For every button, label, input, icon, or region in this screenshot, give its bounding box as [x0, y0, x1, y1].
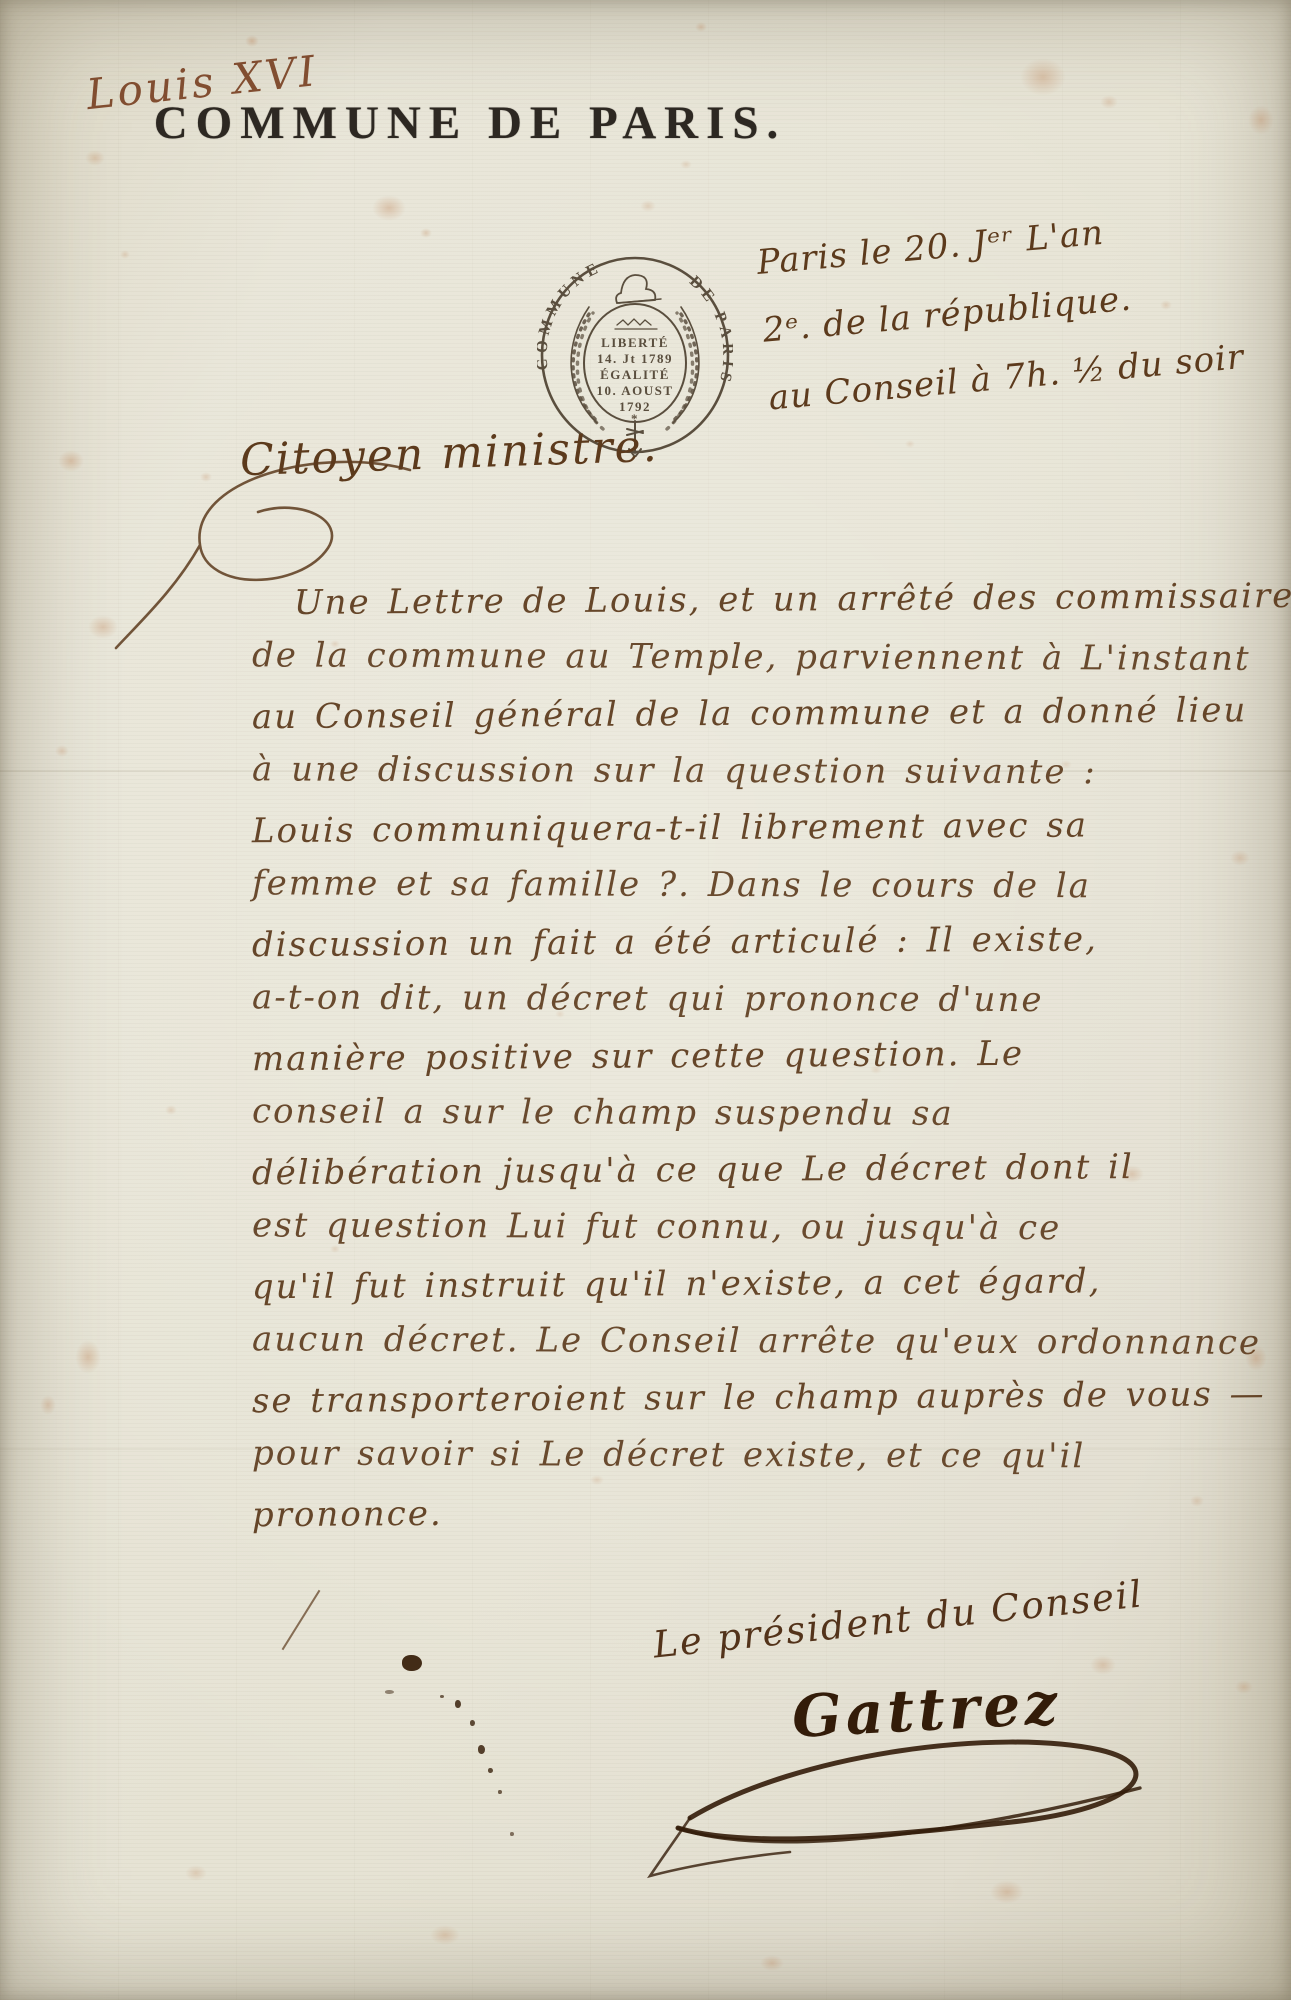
foxing-spot: [75, 1340, 101, 1374]
foxing-spot: [1100, 95, 1118, 109]
body-line: pour savoir si Le décret existe, et ce q…: [252, 1433, 1182, 1493]
body-line: se transporteroient sur le champ auprès …: [252, 1375, 1182, 1438]
ink-blot: [402, 1655, 422, 1671]
foxing-spot: [640, 200, 656, 212]
body-line: est question Lui fut connu, ou jusqu'à c…: [252, 1205, 1182, 1265]
body-line: aucun décret. Le Conseil arrête qu'eux o…: [252, 1319, 1182, 1379]
svg-text:10. AOUST: 10. AOUST: [596, 383, 673, 398]
svg-text:LIBERTÉ: LIBERTÉ: [601, 335, 669, 350]
foxing-spot: [40, 1395, 56, 1415]
foxing-spot: [905, 440, 915, 448]
foxing-spot: [760, 1955, 784, 1971]
foxing-spot: [88, 615, 118, 639]
foxing-spot: [990, 1880, 1024, 1904]
ink-blot: [470, 1720, 475, 1726]
foxing-spot: [1020, 58, 1066, 96]
foxing-spot: [1235, 1680, 1253, 1694]
foxing-spot: [200, 472, 212, 482]
body-line: femme et sa famille ?. Dans le cours de …: [252, 863, 1182, 923]
ink-blot: [440, 1695, 444, 1698]
foxing-spot: [85, 150, 105, 166]
printed-header-title: COMMUNE DE PARIS.: [150, 96, 790, 150]
foxing-spot: [245, 35, 259, 47]
foxing-spot: [58, 450, 84, 472]
body-line: au Conseil général de la commune et a do…: [252, 691, 1182, 754]
foxing-spot: [1190, 1495, 1204, 1507]
dateline: Paris le 20. Jᵉʳ L'an 2ᵉ. de la républiq…: [754, 188, 1247, 433]
foxing-spot: [420, 228, 432, 238]
foxing-spot: [120, 250, 130, 259]
foxing-spot: [185, 1865, 207, 1881]
body-line: qu'il fut instruit qu'il n'existe, a cet…: [252, 1261, 1182, 1324]
svg-text:ÉGALITÉ: ÉGALITÉ: [600, 367, 670, 382]
foxing-spot: [1090, 1655, 1116, 1675]
salutation: Citoyen ministre.: [239, 421, 659, 487]
signature-name: Gattrez: [790, 1669, 1062, 1751]
foxing-spot: [1248, 105, 1274, 135]
body-line: Louis communiquera-t-il librement avec s…: [252, 805, 1182, 868]
ink-blot: [510, 1832, 514, 1836]
body-line: a-t-on dit, un décret qui prononce d'une: [252, 977, 1182, 1037]
signature-role: Le président du Conseil: [651, 1572, 1145, 1666]
phrygian-cap-icon: [616, 275, 655, 303]
foxing-spot: [680, 160, 692, 169]
body-line: à une discussion sur la question suivant…: [252, 749, 1182, 809]
body-line: manière positive sur cette question. Le: [252, 1033, 1182, 1096]
foxing-spot: [430, 1925, 460, 1945]
foxing-spot: [1230, 850, 1250, 866]
pen-scratch: [282, 1590, 321, 1650]
foxing-spot: [372, 195, 406, 221]
body-line: de la commune au Temple, parviennent à L…: [252, 635, 1182, 695]
ink-blot: [498, 1790, 502, 1794]
ink-blot: [385, 1690, 394, 1694]
ink-blot: [455, 1700, 461, 1708]
ink-blot: [488, 1768, 493, 1773]
letter-body: Une Lettre de Louis, et un arrêté des co…: [252, 580, 1182, 1549]
body-line: Une Lettre de Louis, et un arrêté des co…: [252, 577, 1182, 640]
body-line: conseil a sur le champ suspendu sa: [252, 1091, 1182, 1151]
body-line: prononce.: [252, 1489, 1182, 1552]
svg-text:14. Jt 1789: 14. Jt 1789: [597, 351, 673, 366]
foxing-spot: [695, 22, 707, 32]
body-line: discussion un fait a été articulé : Il e…: [252, 919, 1182, 982]
body-line: délibération jusqu'à ce que Le décret do…: [252, 1147, 1182, 1210]
document-page: Louis XVI COMMUNE DE PARIS. C: [0, 0, 1291, 2000]
ink-blot: [478, 1745, 485, 1754]
foxing-spot: [55, 745, 69, 757]
foxing-spot: [165, 1105, 177, 1115]
